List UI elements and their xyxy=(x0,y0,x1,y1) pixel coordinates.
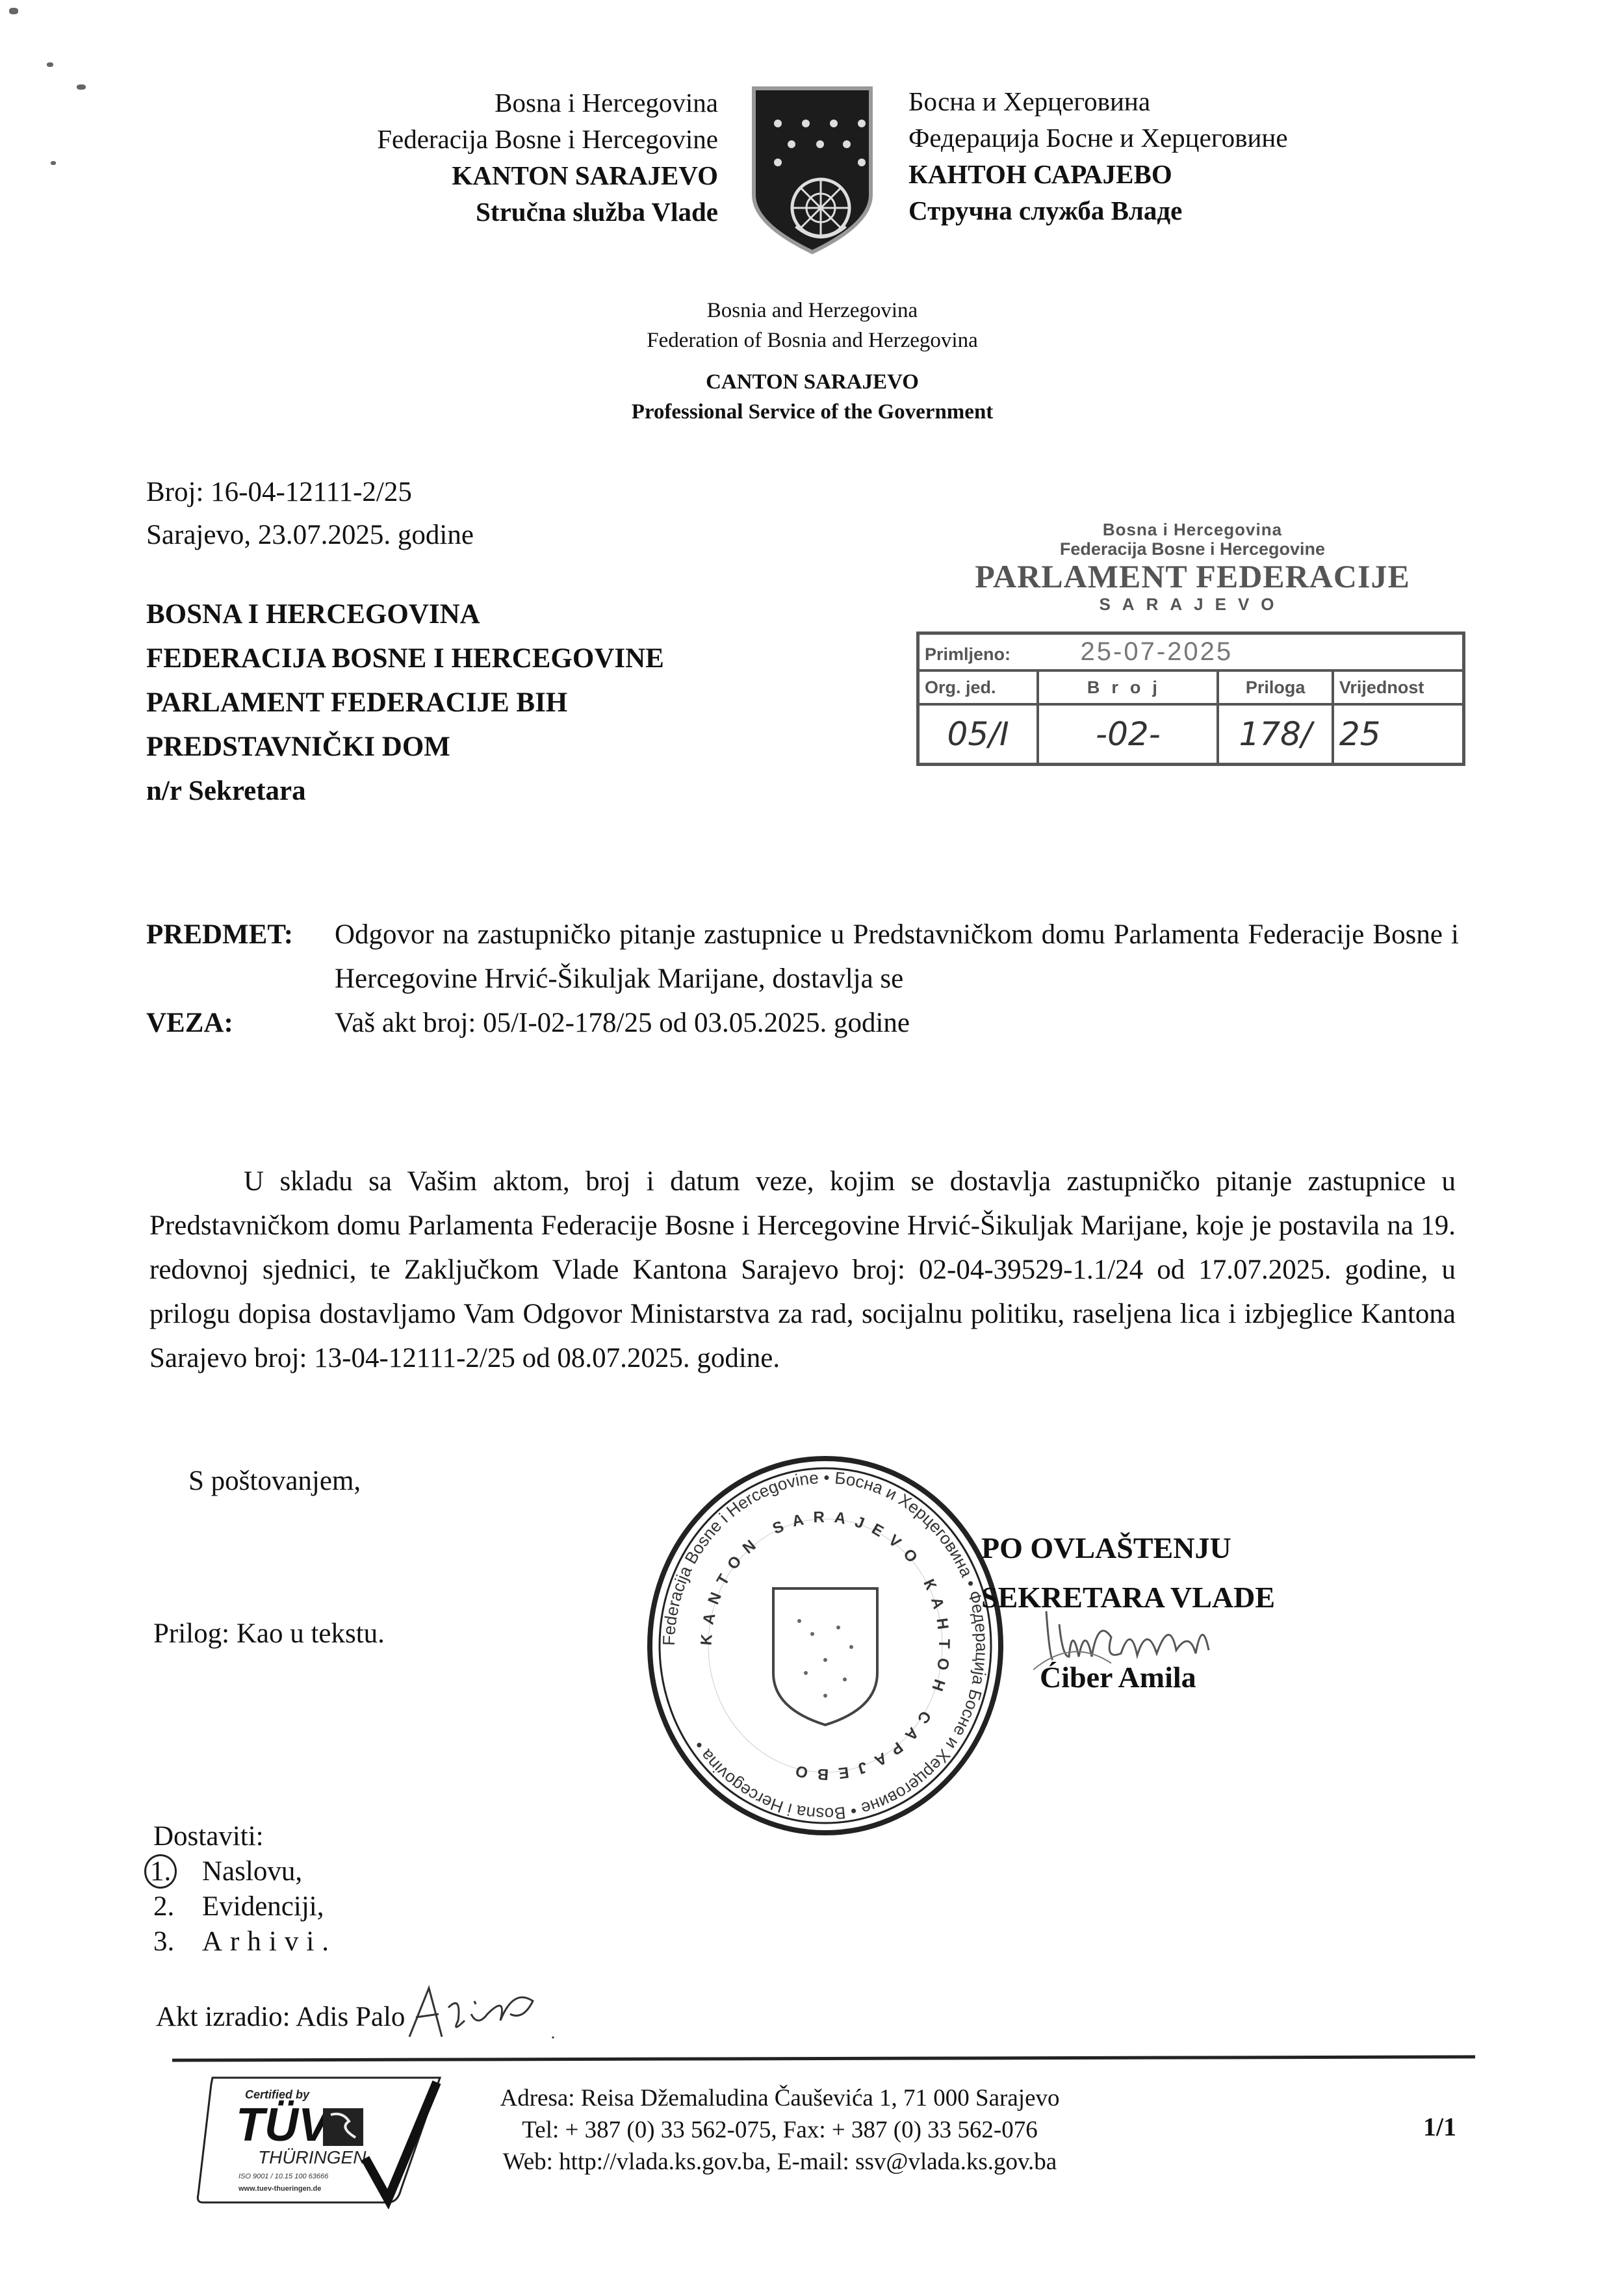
svg-text:KANTON SARAJEVO КАНТОН САРАЈЕВ: KANTON SARAJEVO КАНТОН САРАЈЕВО xyxy=(697,1509,953,1783)
subject-label: PREDMET: xyxy=(146,913,335,1001)
scan-artifact xyxy=(77,84,86,90)
stamp-received-label: Primljeno: xyxy=(925,644,1011,664)
letterhead-cyrillic: Босна и Херцеговина Федерација Босне и Х… xyxy=(908,83,1428,229)
link-text: Vaš akt broj: 05/I-02-178/25 od 03.05.20… xyxy=(335,1001,1459,1045)
stamp-col-vrijednost: Vrijednost xyxy=(1333,670,1464,704)
footer-contact: Adresa: Reisa Džemaludina Čauševića 1, 7… xyxy=(455,2082,1105,2178)
subject-block: PREDMET: Odgovor na zastupničko pitanje … xyxy=(146,913,1459,1045)
initials-signature-icon xyxy=(403,1975,572,2047)
distribution-label: Arhivi. xyxy=(202,1924,337,1959)
signer-name: Ćiber Amila xyxy=(1040,1660,1196,1694)
letterhead-federation-en: Federation of Bosnia and Herzegovina xyxy=(455,325,1170,355)
letterhead-country-en: Bosnia and Herzegovina xyxy=(455,296,1170,325)
scan-artifact xyxy=(9,8,18,14)
list-item: 3. Arhivi. xyxy=(153,1924,337,1959)
stamp-city: SARAJEVO xyxy=(910,594,1475,615)
stamp-col-broj: Broj xyxy=(1038,670,1218,704)
reference-place-date: Sarajevo, 23.07.2025. godine xyxy=(146,514,474,557)
attachment-note: Prilog: Kao u tekstu. xyxy=(153,1618,385,1650)
letterhead-canton-en: CANTON SARAJEVO xyxy=(455,367,1170,397)
letterhead-service: Stručna služba Vlade xyxy=(292,194,718,230)
letterhead-federation-cyr: Федерација Босне и Херцеговине xyxy=(908,120,1428,156)
letterhead-canton-cyr: КАНТОН САРАЈЕВО xyxy=(908,156,1428,192)
footer-phone: Tel: + 387 (0) 33 562-075, Fax: + 387 (0… xyxy=(455,2114,1105,2146)
recipient-line: PARLAMENT FEDERACIJE BIH xyxy=(146,681,664,725)
reference-number: Broj: 16-04-12111-2/25 xyxy=(146,471,474,514)
scan-artifact xyxy=(51,161,56,165)
official-seal-icon: Federacija Bosne i Hercegovine • Босна и… xyxy=(643,1452,1007,1839)
prepared-by: Akt izradio: Adis Palo xyxy=(156,2001,405,2033)
tuv-certification-logo: Certified by TÜV THÜRINGEN ISO 9001 / 10… xyxy=(193,2073,446,2209)
stamp-received-date: 25-07-2025 xyxy=(1016,637,1233,666)
stamp-col-priloga: Priloga xyxy=(1218,670,1332,704)
footer-address: Adresa: Reisa Džemaludina Čauševića 1, 7… xyxy=(455,2082,1105,2114)
distribution-num: 2. xyxy=(153,1889,202,1924)
document-reference: Broj: 16-04-12111-2/25 Sarajevo, 23.07.2… xyxy=(146,471,474,557)
stamp-country: Bosna i Hercegovina xyxy=(910,520,1475,540)
letterhead-latin: Bosna i Hercegovina Federacija Bosne i H… xyxy=(292,84,718,230)
letterhead-federation: Federacija Bosne i Hercegovine xyxy=(292,121,718,157)
letterhead-canton: KANTON SARAJEVO xyxy=(292,157,718,194)
recipient-address: BOSNA I HERCEGOVINA FEDERACIJA BOSNE I H… xyxy=(146,593,664,813)
distribution-num: 1. xyxy=(144,1854,177,1889)
stamp-received-row: Primljeno: 25-07-2025 xyxy=(918,633,1464,671)
recipient-line: FEDERACIJA BOSNE I HERCEGOVINE xyxy=(146,637,664,681)
stamp-federation: Federacija Bosne i Hercegovine xyxy=(910,539,1475,559)
recipient-line: n/r Sekretara xyxy=(146,769,664,813)
svg-text:TÜV: TÜV xyxy=(236,2099,333,2151)
svg-text:ISO 9001 / 10.15 100 63666: ISO 9001 / 10.15 100 63666 xyxy=(238,2173,329,2180)
stamp-table: Primljeno: 25-07-2025 Org. jed. Broj Pri… xyxy=(916,631,1465,766)
scan-artifact xyxy=(47,62,53,67)
letterhead-english: Bosnia and Herzegovina Federation of Bos… xyxy=(455,296,1170,427)
letterhead-country-cyr: Босна и Херцеговина xyxy=(908,83,1428,120)
coat-of-arms-icon xyxy=(747,84,877,255)
stamp-parliament: PARLAMENT FEDERACIJE xyxy=(910,557,1475,595)
stamp-val-priloga: 178/ xyxy=(1218,704,1332,765)
stamp-val-broj: -02- xyxy=(1038,704,1218,765)
link-label: VEZA: xyxy=(146,1001,335,1045)
list-item: 1. Naslovu, xyxy=(153,1854,337,1889)
distribution-title: Dostaviti: xyxy=(153,1819,337,1854)
letterhead-country: Bosna i Hercegovina xyxy=(292,84,718,121)
letterhead-service-en: Professional Service of the Government xyxy=(455,397,1170,427)
recipient-line: BOSNA I HERCEGOVINA xyxy=(146,593,664,637)
distribution-num: 3. xyxy=(153,1924,202,1959)
page-number: 1/1 xyxy=(1423,2111,1456,2142)
receipt-stamp: Bosna i Hercegovina Federacija Bosne i H… xyxy=(910,520,1475,793)
stamp-col-org: Org. jed. xyxy=(918,670,1038,704)
stamp-val-org: 05/I xyxy=(918,704,1038,765)
svg-text:www.tuev-thueringen.de: www.tuev-thueringen.de xyxy=(238,2185,321,2193)
footer-divider xyxy=(172,2055,1475,2061)
stamp-val-vrijednost: 25 xyxy=(1333,704,1464,765)
body-paragraph: U skladu sa Vašim aktom, broj i datum ve… xyxy=(149,1160,1456,1381)
sign-line-1: PO OVLAŠTENJU xyxy=(981,1524,1275,1573)
footer-web[interactable]: Web: http://vlada.ks.gov.ba, E-mail: ssv… xyxy=(455,2146,1105,2178)
closing-greeting: S poštovanjem, xyxy=(188,1465,361,1497)
distribution-list: Dostaviti: 1. Naslovu, 2. Evidenciji, 3.… xyxy=(153,1819,337,1959)
distribution-label: Naslovu, xyxy=(202,1854,302,1889)
svg-text:THÜRINGEN: THÜRINGEN xyxy=(258,2147,367,2167)
subject-text: Odgovor na zastupničko pitanje zastupnic… xyxy=(335,913,1459,1001)
recipient-line: PREDSTAVNIČKI DOM xyxy=(146,725,664,769)
distribution-label: Evidenciji, xyxy=(202,1889,324,1924)
list-item: 2. Evidenciji, xyxy=(153,1889,337,1924)
letterhead-service-cyr: Стручна служба Владе xyxy=(908,192,1428,229)
